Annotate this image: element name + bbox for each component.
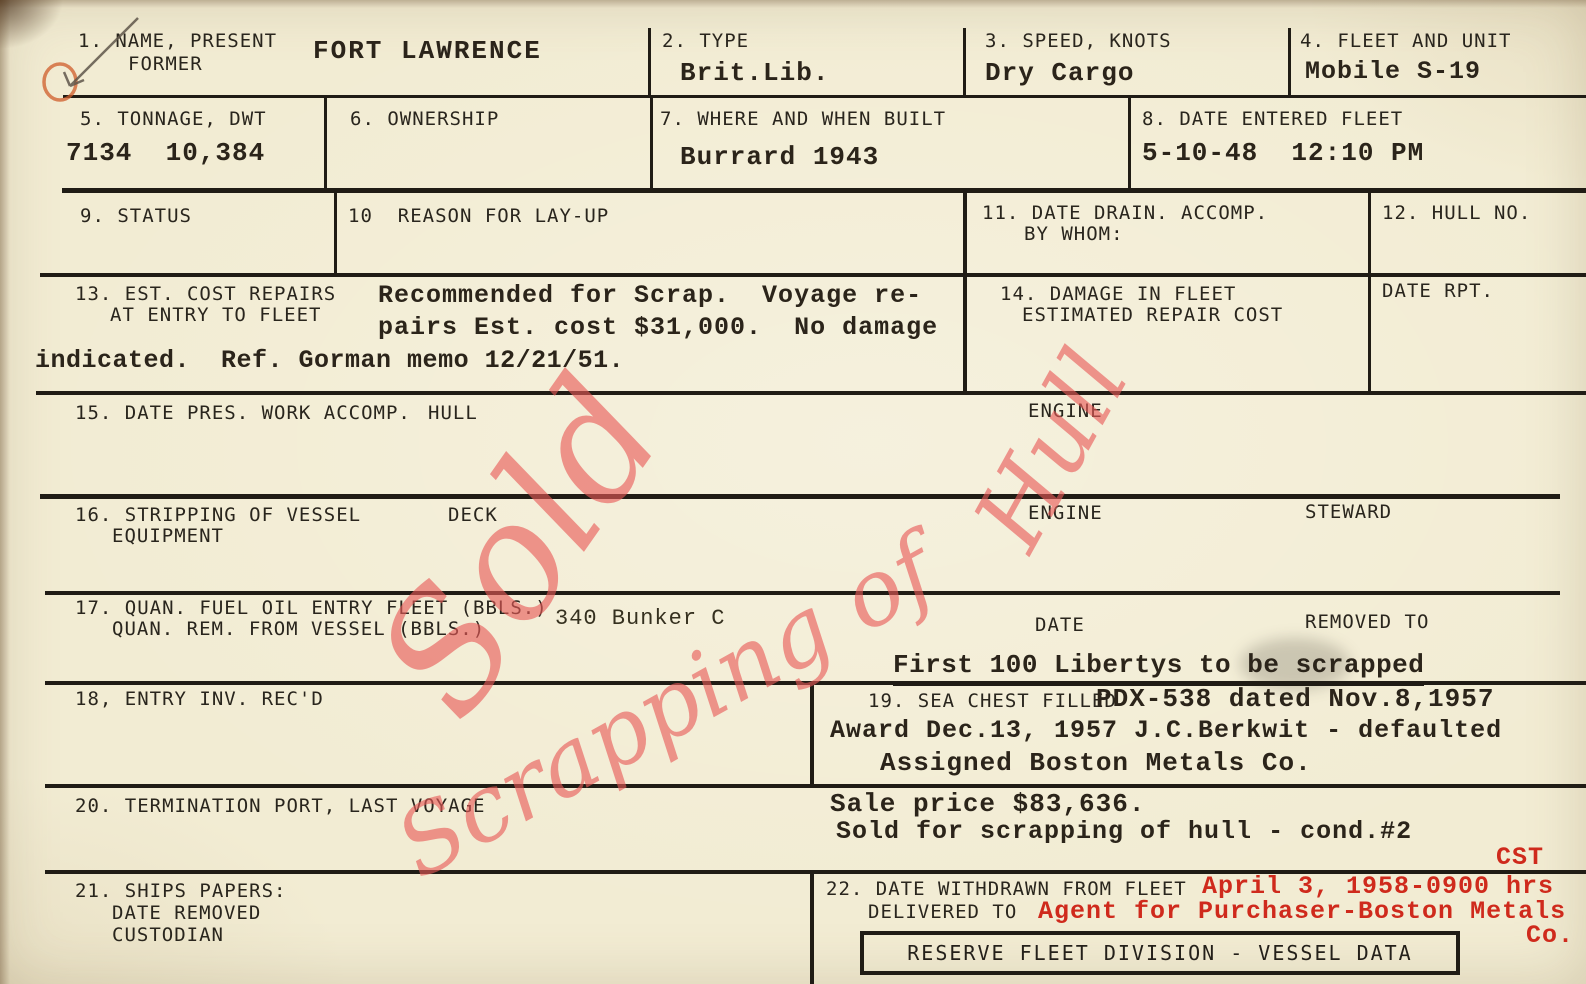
field2-label: 2. TYPE — [662, 30, 749, 52]
speed-value: Dry Cargo — [985, 58, 1134, 88]
sea-chest-value-line1: PDX-538 dated Nov.8,1957 — [1096, 684, 1494, 714]
field21-sublabel-custodian: CUSTODIAN — [112, 924, 224, 946]
footer-banner-title: RESERVE FLEET DIVISION - VESSEL DATA — [907, 941, 1412, 965]
field19-label: 19. SEA CHEST FILLED — [868, 690, 1117, 712]
field11-label: 11. DATE DRAIN. ACCOMP. — [982, 202, 1268, 224]
field20-label: 20. TERMINATION PORT, LAST VOYAGE — [75, 795, 486, 817]
field21-sublabel-date-removed: DATE REMOVED — [112, 902, 261, 924]
field17-label: 17. QUAN. FUEL OIL ENTRY FLEET (BBLS.) — [75, 597, 548, 619]
divider-6-7 — [650, 97, 653, 190]
delivered-to-stamp-overflow: Co. — [1526, 921, 1574, 950]
field18-label: 18, ENTRY INV. REC'D — [75, 688, 324, 710]
sea-chest-value-line3: Assigned Boston Metals Co. — [880, 748, 1312, 778]
field8-label: 8. DATE ENTERED FLEET — [1142, 108, 1403, 130]
field11-sublabel: BY WHOM: — [1024, 223, 1124, 245]
field21-label: 21. SHIPS PAPERS: — [75, 880, 286, 902]
divider-13-14 — [963, 275, 967, 393]
footer-banner-box: RESERVE FLEET DIVISION - VESSEL DATA — [860, 931, 1460, 975]
repairs-note-line1: Recommended for Scrap. Voyage re- — [378, 281, 922, 310]
scan-corner-shadow — [0, 0, 70, 55]
divider-10-11 — [963, 190, 967, 275]
divider-5-6 — [324, 97, 327, 190]
sea-chest-value-line2: Award Dec.13, 1957 J.C.Berkwit - default… — [830, 716, 1502, 745]
divider-2-3 — [963, 28, 966, 97]
tonnage-value: 7134 10,384 — [66, 138, 265, 168]
field17-sublabel: QUAN. REM. FROM VESSEL (BBLS.) — [112, 618, 485, 640]
field15-engine-label: ENGINE — [1028, 400, 1103, 422]
field9-label: 9. STATUS — [80, 205, 192, 227]
divider-11-12 — [1368, 190, 1371, 275]
repairs-note-line2: pairs Est. cost $31,000. No damage — [378, 313, 938, 342]
field15-label: 15. DATE PRES. WORK ACCOMP. — [75, 402, 411, 424]
field12-label: 12. HULL NO. — [1382, 202, 1531, 224]
field16-deck-label: DECK — [448, 504, 498, 526]
fuel-oil-value: 340 Bunker C — [555, 606, 725, 631]
rule-under-row16 — [45, 591, 1560, 595]
fleet-unit-value: Mobile S-19 — [1305, 57, 1481, 86]
field7-label: 7. WHERE AND WHEN BUILT — [660, 108, 946, 130]
field10-label: 10 REASON FOR LAY-UP — [348, 205, 609, 227]
field14-label: 14. DAMAGE IN FLEET — [1000, 283, 1236, 305]
sale-price-line: Sale price $83,636. — [830, 789, 1145, 819]
field17-date-label: DATE — [1035, 614, 1085, 636]
field17-removed-to-label: REMOVED TO — [1305, 611, 1429, 633]
field14-sublabel: ESTIMATED REPAIR COST — [1022, 304, 1283, 326]
rule-under-row18 — [45, 784, 1586, 788]
field16-label: 16. STRIPPING OF VESSEL — [75, 504, 361, 526]
field16-sublabel: EQUIPMENT — [112, 525, 224, 547]
field5-label: 5. TONNAGE, DWT — [80, 108, 267, 130]
scan-left-edge — [0, 0, 10, 984]
rule-under-row15 — [40, 494, 1560, 499]
field1-label: 1. NAME, PRESENT — [78, 30, 277, 52]
divider-7-8 — [1128, 97, 1131, 190]
divider-1-2 — [648, 28, 651, 97]
built-value: Burrard 1943 — [680, 142, 879, 172]
box19-left-edge — [810, 683, 814, 786]
delivered-to-label: DELIVERED TO — [868, 901, 1017, 923]
field15-hull-label: HULL — [428, 402, 478, 424]
date-rpt-label: DATE RPT. — [1382, 280, 1494, 302]
field13-sublabel: AT ENTRY TO FLEET — [110, 304, 321, 326]
field13-label: 13. EST. COST REPAIRS — [75, 283, 336, 305]
handwriting-hull: Hull — [951, 332, 1150, 569]
sold-for-scrapping-line: Sold for scrapping of hull - cond.#2 — [836, 817, 1412, 846]
repairs-note-line3: indicated. Ref. Gorman memo 12/21/51. — [35, 346, 624, 375]
field6-label: 6. OWNERSHIP — [350, 108, 499, 130]
rule-under-row2 — [62, 188, 1586, 193]
rule-under-row1 — [63, 95, 1586, 98]
first-100-libertys-note: First 100 Libertys to be scrapped — [893, 650, 1424, 686]
rule-under-row3 — [40, 273, 1586, 277]
box22-left-edge — [810, 872, 814, 984]
ship-name-value: FORT LAWRENCE — [313, 36, 542, 66]
field3-label: 3. SPEED, KNOTS — [985, 30, 1172, 52]
delivered-to-stamp: Agent for Purchaser-Boston Metals — [1038, 897, 1566, 926]
rule-under-row13 — [36, 391, 1586, 395]
vessel-data-card: 1. NAME, PRESENT FORMER FORT LAWRENCE 2.… — [0, 0, 1586, 984]
type-value: Brit.Lib. — [680, 58, 829, 88]
field16-engine-label: ENGINE — [1028, 502, 1103, 524]
timezone-stamp: CST — [1496, 843, 1544, 872]
divider-14-daterpt — [1368, 275, 1371, 393]
divider-9-10 — [334, 190, 337, 275]
pencil-check-mark — [64, 18, 138, 86]
field1-sublabel: FORMER — [128, 53, 203, 75]
field4-label: 4. FLEET AND UNIT — [1300, 30, 1511, 52]
date-entered-value: 5-10-48 12:10 PM — [1142, 138, 1424, 168]
field16-steward-label: STEWARD — [1305, 501, 1392, 523]
divider-3-4 — [1288, 28, 1291, 97]
scan-top-edge — [0, 0, 1586, 8]
